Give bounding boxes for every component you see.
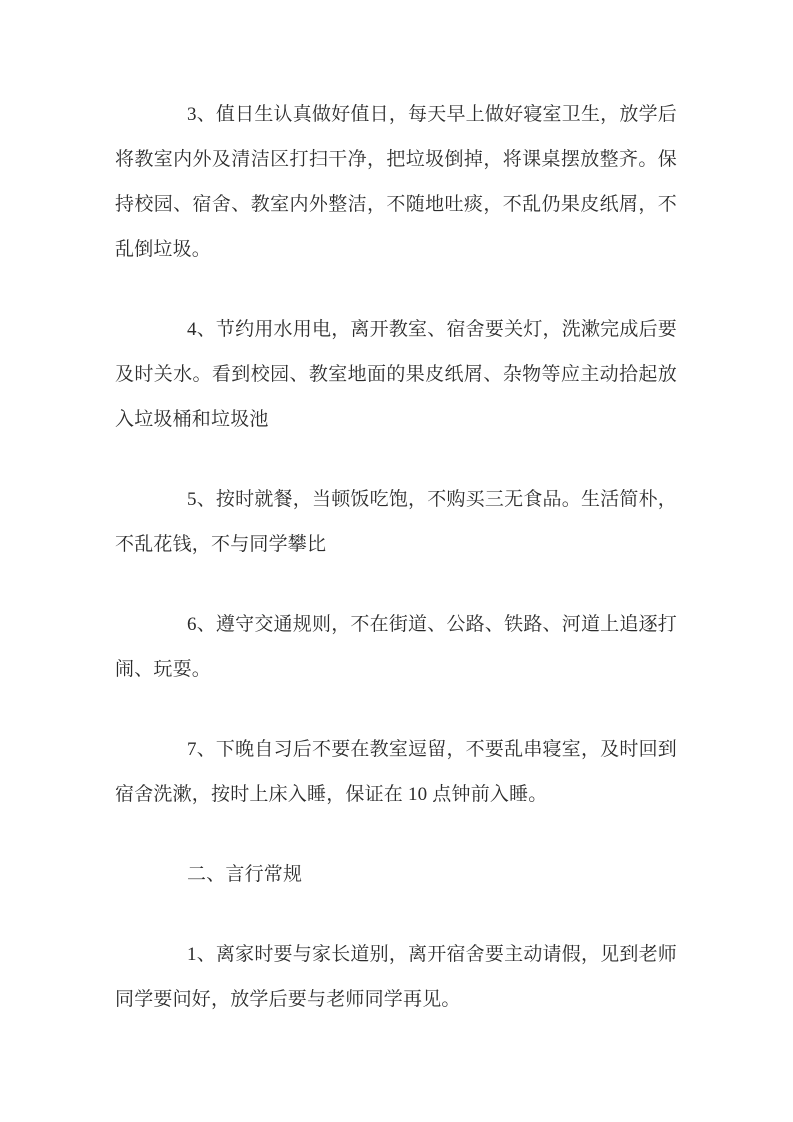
rule-item-3: 3、值日生认真做好值日，每天早上做好寝室卫生，放学后将教室内外及清洁区打扫干净，… xyxy=(115,92,677,272)
section-heading-speech-conduct: 二、言行常规 xyxy=(115,852,677,897)
document-page: 3、值日生认真做好值日，每天早上做好寝室卫生，放学后将教室内外及清洁区打扫干净，… xyxy=(0,0,793,1122)
rule-item-7: 7、下晚自习后不要在教室逗留，不要乱串寝室，及时回到宿舍洗漱，按时上床入睡，保证… xyxy=(115,727,677,817)
rule-item-4: 4、节约用水用电，离开教室、宿舍要关灯，洗漱完成后要及时关水。看到校园、教室地面… xyxy=(115,307,677,442)
rule-item-6: 6、遵守交通规则，不在街道、公路、铁路、河道上追逐打闹、玩耍。 xyxy=(115,602,677,692)
rule-item-1: 1、离家时要与家长道别，离开宿舍要主动请假，见到老师同学要问好，放学后要与老师同… xyxy=(115,932,677,1022)
rule-item-5: 5、按时就餐，当顿饭吃饱，不购买三无食品。生活简朴，不乱花钱，不与同学攀比 xyxy=(115,477,677,567)
